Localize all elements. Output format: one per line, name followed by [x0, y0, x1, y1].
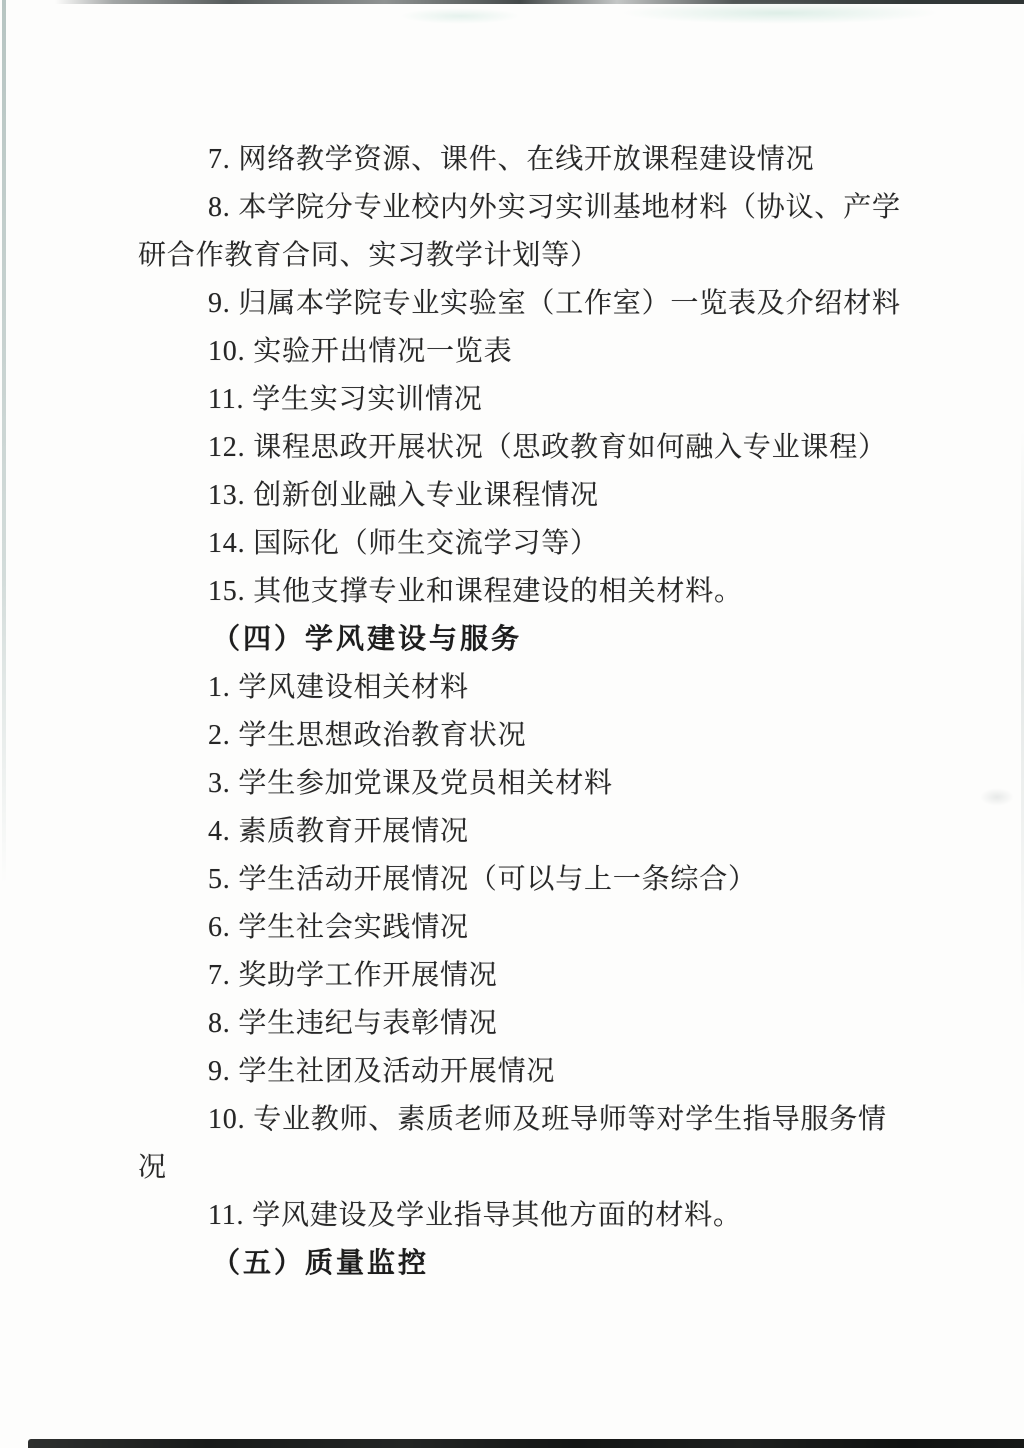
list-item-11-other-guidance: 11. 学风建设及学业指导其他方面的材料。	[138, 1192, 908, 1240]
list-item-2-ideological-education: 2. 学生思想政治教育状况	[138, 712, 908, 760]
list-item-9-labs-overview: 9. 归属本学院专业实验室（工作室）一览表及介绍材料	[138, 280, 908, 328]
scan-smudge-artifact	[620, 2, 940, 24]
scan-smudge-artifact	[400, 8, 520, 24]
list-item-7-course-resources: 7. 网络教学资源、课件、在线开放课程建设情况	[138, 136, 908, 184]
list-item-1-study-style: 1. 学风建设相关材料	[138, 664, 908, 712]
list-item-5-student-activities: 5. 学生活动开展情况（可以与上一条综合）	[138, 856, 908, 904]
scan-edge-bottom-artifact	[28, 1439, 1024, 1448]
scan-edge-left-artifact	[2, 0, 6, 884]
list-item-3-party-class: 3. 学生参加党课及党员相关材料	[138, 760, 908, 808]
scan-smudge-artifact	[980, 788, 1014, 806]
list-item-8-practice-bases: 8. 本学院分专业校内外实习实训基地材料（协议、产学	[138, 184, 908, 232]
list-item-7-scholarship-work: 7. 奖助学工作开展情况	[138, 952, 908, 1000]
list-item-9-student-clubs: 9. 学生社团及活动开展情况	[138, 1048, 908, 1096]
list-item-15-other-materials: 15. 其他支撑专业和课程建设的相关材料。	[138, 568, 908, 616]
list-item-8-continuation: 研合作教育合同、实习教学计划等）	[138, 232, 908, 280]
list-item-13-innovation: 13. 创新创业融入专业课程情况	[138, 472, 908, 520]
list-item-6-social-practice: 6. 学生社会实践情况	[138, 904, 908, 952]
section-heading-four: （四）学风建设与服务	[138, 616, 908, 664]
section-heading-five: （五）质量监控	[138, 1240, 908, 1288]
list-item-10-teacher-guidance: 10. 专业教师、素质老师及班导师等对学生指导服务情	[138, 1096, 908, 1144]
scanned-document-page: 7. 网络教学资源、课件、在线开放课程建设情况 8. 本学院分专业校内外实习实训…	[0, 0, 1024, 1448]
list-item-4-quality-education: 4. 素质教育开展情况	[138, 808, 908, 856]
list-item-10-experiments-table: 10. 实验开出情况一览表	[138, 328, 908, 376]
list-item-14-internationalization: 14. 国际化（师生交流学习等）	[138, 520, 908, 568]
list-item-11-student-internship: 11. 学生实习实训情况	[138, 376, 908, 424]
list-item-10-continuation: 况	[138, 1144, 908, 1192]
list-item-12-course-ideology: 12. 课程思政开展状况（思政教育如何融入专业课程）	[138, 424, 908, 472]
list-item-8-discipline-awards: 8. 学生违纪与表彰情况	[138, 1000, 908, 1048]
document-body: 7. 网络教学资源、课件、在线开放课程建设情况 8. 本学院分专业校内外实习实训…	[138, 136, 908, 1288]
